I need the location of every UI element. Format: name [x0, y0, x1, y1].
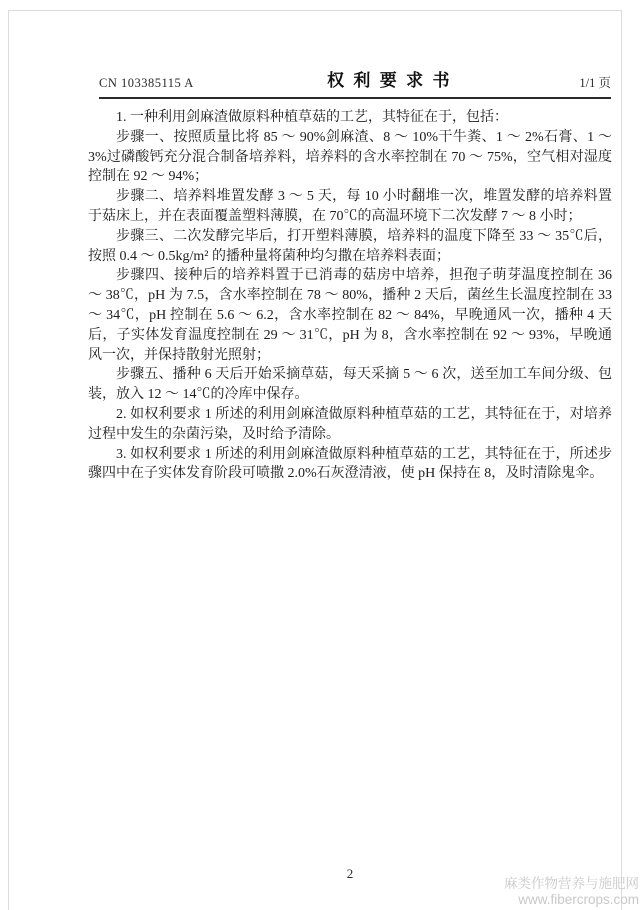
claim-1-step-2: 步骤二、培养料堆置发酵 3 ～ 5 天，每 10 小时翻堆一次，堆置发酵的培养料…	[88, 187, 612, 227]
claim-2: 2. 如权利要求 1 所述的利用剑麻渣做原料种植草菇的工艺，其特征在于，对培养过…	[88, 405, 612, 445]
watermark: 麻类作物营养与施肥网 www.fibercrops.com	[504, 876, 639, 907]
claim-1-step-5: 步骤五、播种 6 天后开始采摘草菇，每天采摘 5 ～ 6 次，送至加工车间分级、…	[88, 365, 612, 405]
claims-text-block: 1. 一种利用剑麻渣做原料种植草菇的工艺，其特征在于，包括： 步骤一、按照质量比…	[88, 108, 612, 484]
claim-1-step-3: 步骤三、二次发酵完毕后，打开塑料薄膜，培养料的温度下降至 33 ～ 35℃后，按…	[88, 227, 612, 267]
publication-number: CN 103385115 A	[99, 76, 194, 91]
watermark-site-url: www.fibercrops.com	[504, 892, 639, 908]
claim-1-intro: 1. 一种利用剑麻渣做原料种植草菇的工艺，其特征在于，包括：	[88, 108, 612, 128]
document-title: 权利要求书	[323, 66, 459, 91]
watermark-site-name: 麻类作物营养与施肥网	[504, 876, 639, 892]
footer-page-number: 2	[347, 866, 354, 882]
page-indicator: 1/1 页	[579, 73, 611, 91]
page-header: CN 103385115 A 权利要求书 1/1 页	[99, 66, 611, 99]
claim-1-step-1: 步骤一、按照质量比将 85 ～ 90%剑麻渣、8 ～ 10%干牛粪、1 ～ 2%…	[88, 128, 612, 187]
claim-1-step-4: 步骤四、接种后的培养料置于已消毒的菇房中培养，担孢子萌芽温度控制在 36 ～ 3…	[88, 266, 612, 365]
claim-3: 3. 如权利要求 1 所述的利用剑麻渣做原料种植草菇的工艺，其特征在于，所述步骤…	[88, 445, 612, 485]
patent-claims-page: CN 103385115 A 权利要求书 1/1 页 1. 一种利用剑麻渣做原料…	[0, 0, 643, 910]
